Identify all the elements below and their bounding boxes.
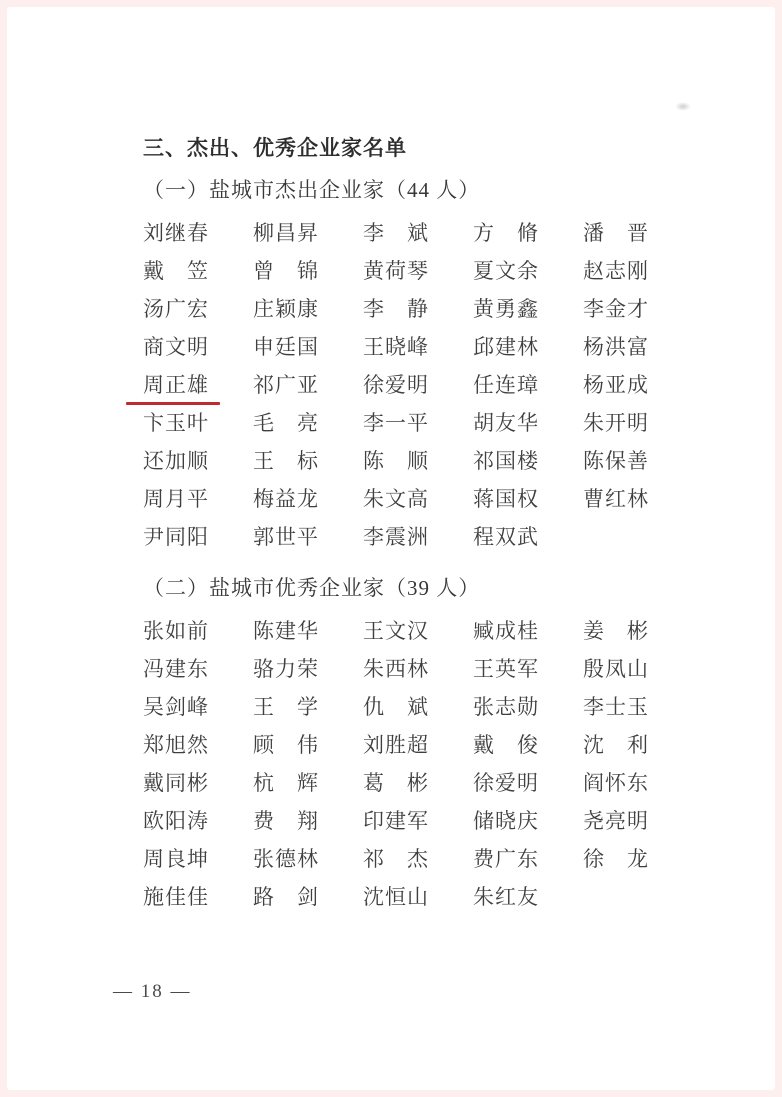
person-name: 黄荷琴 [363, 258, 429, 284]
person-name: 骆力荣 [253, 656, 319, 682]
person-name: 毛 亮 [253, 410, 319, 436]
person-name: 姜 彬 [583, 618, 649, 644]
name-row: 施佳佳路 剑沈恒山朱红友 [143, 884, 713, 922]
person-name: 周月平 [143, 486, 209, 512]
person-name: 李震洲 [363, 524, 429, 550]
person-name: 殷凤山 [583, 656, 649, 682]
person-name: 申廷国 [253, 334, 319, 360]
section-heading: （一）盐城市杰出企业家（44 人） [143, 175, 713, 205]
name-row: 戴 笠曾 锦黄荷琴夏文余赵志刚 [143, 258, 713, 296]
person-name: 陈 顺 [363, 448, 429, 474]
name-row: 还加顺王 标陈 顺祁国楼陈保善 [143, 448, 713, 486]
person-name: 杨洪富 [583, 334, 649, 360]
person-name: 徐爱明 [473, 770, 539, 796]
person-name: 顾 伟 [253, 732, 319, 758]
person-name: 葛 彬 [363, 770, 429, 796]
person-name: 印建军 [363, 808, 429, 834]
person-name: 邱建林 [473, 334, 539, 360]
person-name: 王晓峰 [363, 334, 429, 360]
document-page: 三、杰出、优秀企业家名单 （一）盐城市杰出企业家（44 人）刘继春柳昌昇李 斌方… [7, 7, 775, 1090]
person-name: 还加顺 [143, 448, 209, 474]
page-number: — 18 — [113, 981, 192, 1003]
person-name: 李士玉 [583, 694, 649, 720]
person-name: 朱西林 [363, 656, 429, 682]
name-row: 周月平梅益龙朱文高蒋国权曹红林 [143, 486, 713, 524]
name-list: 刘继春柳昌昇李 斌方 脩潘 晋戴 笠曾 锦黄荷琴夏文余赵志刚汤广宏庄颖康李 静黄… [143, 220, 713, 562]
person-name: 李金才 [583, 296, 649, 322]
person-name: 张德林 [253, 846, 319, 872]
person-name: 李一平 [363, 410, 429, 436]
name-row: 卞玉叶毛 亮李一平胡友华朱开明 [143, 410, 713, 448]
person-name: 庄颖康 [253, 296, 319, 322]
person-name: 戴 笠 [143, 258, 209, 284]
person-name: 徐 龙 [583, 846, 649, 872]
person-name: 郑旭然 [143, 732, 209, 758]
person-name: 郭世平 [253, 524, 319, 550]
name-row: 张如前陈建华王文汉臧成桂姜 彬 [143, 618, 713, 656]
name-row: 周正雄祁广亚徐爱明任连璋杨亚成 [143, 372, 713, 410]
highlighted-name: 周正雄 [143, 372, 209, 398]
person-name: 黄勇鑫 [473, 296, 539, 322]
person-name: 胡友华 [473, 410, 539, 436]
person-name: 赵志刚 [583, 258, 649, 284]
name-row: 汤广宏庄颖康李 静黄勇鑫李金才 [143, 296, 713, 334]
person-name: 张如前 [143, 618, 209, 644]
sections: （一）盐城市杰出企业家（44 人）刘继春柳昌昇李 斌方 脩潘 晋戴 笠曾 锦黄荷… [143, 175, 713, 922]
person-name: 卞玉叶 [143, 410, 209, 436]
person-name: 陈保善 [583, 448, 649, 474]
document-content: 三、杰出、优秀企业家名单 （一）盐城市杰出企业家（44 人）刘继春柳昌昇李 斌方… [143, 134, 713, 922]
person-name: 路 剑 [253, 884, 319, 910]
person-name: 曾 锦 [253, 258, 319, 284]
person-name: 王英军 [473, 656, 539, 682]
scan-artifact [675, 102, 691, 111]
person-name: 李 静 [363, 296, 429, 322]
section-heading: （二）盐城市优秀企业家（39 人） [143, 573, 713, 603]
person-name: 冯建东 [143, 656, 209, 682]
person-name: 汤广宏 [143, 296, 209, 322]
person-name: 夏文余 [473, 258, 539, 284]
person-name: 沈 利 [583, 732, 649, 758]
person-name: 程双武 [473, 524, 539, 550]
person-name: 祁 杰 [363, 846, 429, 872]
name-row: 周良坤张德林祁 杰费广东徐 龙 [143, 846, 713, 884]
name-row: 郑旭然顾 伟刘胜超戴 俊沈 利 [143, 732, 713, 770]
person-name: 王文汉 [363, 618, 429, 644]
person-name: 柳昌昇 [253, 220, 319, 246]
person-name: 方 脩 [473, 220, 539, 246]
person-name: 蒋国权 [473, 486, 539, 512]
person-name: 潘 晋 [583, 220, 649, 246]
person-name: 阎怀东 [583, 770, 649, 796]
person-name: 吴剑峰 [143, 694, 209, 720]
person-name: 尹同阳 [143, 524, 209, 550]
person-name: 沈恒山 [363, 884, 429, 910]
person-name: 陈建华 [253, 618, 319, 644]
person-name: 王 标 [253, 448, 319, 474]
person-name: 刘胜超 [363, 732, 429, 758]
person-name: 商文明 [143, 334, 209, 360]
person-name: 尧亮明 [583, 808, 649, 834]
person-name: 祁国楼 [473, 448, 539, 474]
person-name: 李 斌 [363, 220, 429, 246]
person-name: 仇 斌 [363, 694, 429, 720]
name-row: 冯建东骆力荣朱西林王英军殷凤山 [143, 656, 713, 694]
doc-title: 三、杰出、优秀企业家名单 [143, 134, 713, 164]
person-name: 费 翔 [253, 808, 319, 834]
person-name: 杨亚成 [583, 372, 649, 398]
person-name: 刘继春 [143, 220, 209, 246]
name-row: 商文明申廷国王晓峰邱建林杨洪富 [143, 334, 713, 372]
person-name: 朱文高 [363, 486, 429, 512]
person-name: 杭 辉 [253, 770, 319, 796]
person-name: 祁广亚 [253, 372, 319, 398]
person-name: 曹红林 [583, 486, 649, 512]
person-name: 戴 俊 [473, 732, 539, 758]
person-name: 戴同彬 [143, 770, 209, 796]
name-row: 刘继春柳昌昇李 斌方 脩潘 晋 [143, 220, 713, 258]
person-name: 张志勋 [473, 694, 539, 720]
person-name: 朱红友 [473, 884, 539, 910]
person-name: 王 学 [253, 694, 319, 720]
name-row: 尹同阳郭世平李震洲程双武 [143, 524, 713, 562]
person-name: 施佳佳 [143, 884, 209, 910]
person-name: 欧阳涛 [143, 808, 209, 834]
person-name: 朱开明 [583, 410, 649, 436]
name-row: 戴同彬杭 辉葛 彬徐爱明阎怀东 [143, 770, 713, 808]
person-name: 储晓庆 [473, 808, 539, 834]
person-name: 费广东 [473, 846, 539, 872]
person-name: 徐爱明 [363, 372, 429, 398]
person-name: 任连璋 [473, 372, 539, 398]
name-row: 欧阳涛费 翔印建军储晓庆尧亮明 [143, 808, 713, 846]
name-row: 吴剑峰王 学仇 斌张志勋李士玉 [143, 694, 713, 732]
name-list: 张如前陈建华王文汉臧成桂姜 彬冯建东骆力荣朱西林王英军殷凤山吴剑峰王 学仇 斌张… [143, 618, 713, 922]
person-name: 梅益龙 [253, 486, 319, 512]
person-name: 臧成桂 [473, 618, 539, 644]
person-name: 周良坤 [143, 846, 209, 872]
